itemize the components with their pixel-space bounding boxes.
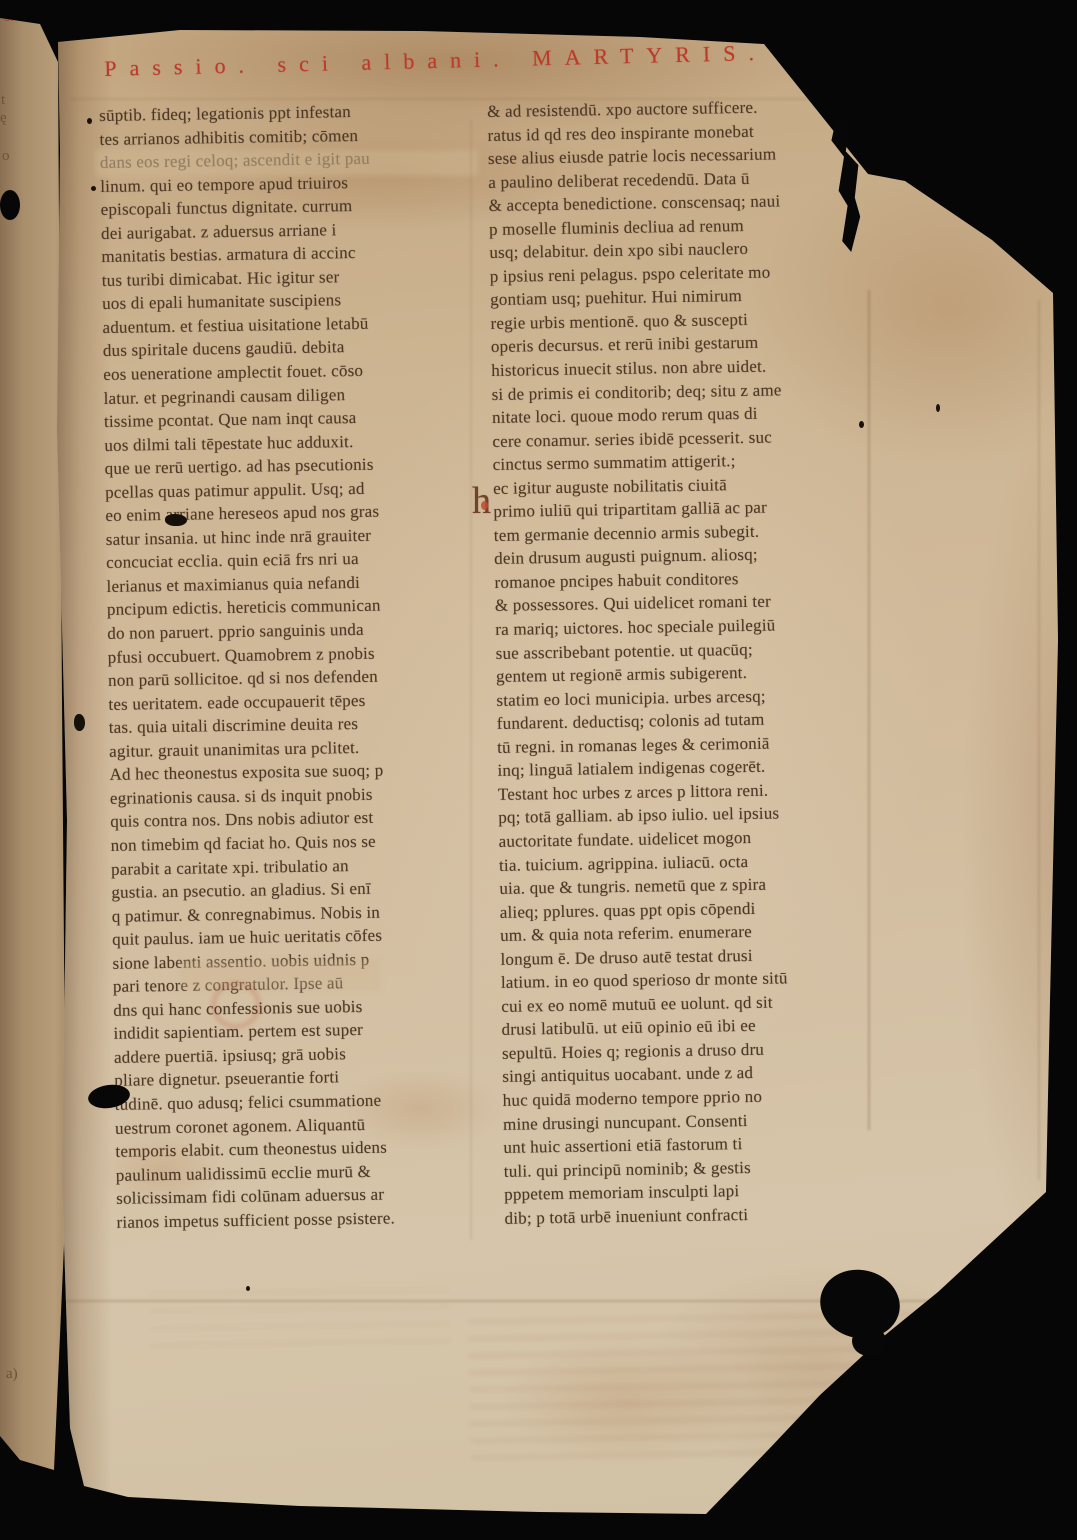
text-column-right: & ad resistendū. xpo auctore sufficere.r… [487,94,885,1230]
gutter-fragment: t [1,92,5,109]
ink-blot [165,514,187,526]
edge-crease [1038,300,1040,1180]
text-line: rianos impetus sufficient posse psistere… [116,1205,491,1234]
initial-red-dot [481,501,488,510]
header-ruling [70,98,830,100]
gutter-fragment: o [2,148,10,165]
rubric-title: Passio. sci albani. MARTYRIS. [104,37,864,82]
gutter-fragment-red: s. [4,8,14,26]
margin-ruling-crease [868,290,870,1130]
gutter-fragment: ę [0,110,7,127]
verso-bleedthrough [469,1310,1031,1460]
red-erased-mark [212,982,260,1028]
manuscript-page: Passio. sci albani. MARTYRIS. sūptib. fi… [0,0,1077,1540]
margin-mark [74,714,85,731]
speck [936,404,940,412]
hole-bottom-right-lobe [852,1326,886,1356]
gutter-fragment: a) [6,1366,18,1383]
speck [91,186,96,191]
verso-bleedthrough [150,1287,451,1347]
faded-patch [180,960,380,990]
text-line: dib; p totā urbē inueniunt confracti [504,1201,884,1231]
speck [859,421,864,428]
text-column-left: sūptib. fideq; legationis ppt infestante… [99,98,492,1234]
speck [246,1286,250,1291]
erased-line-smudge [96,150,478,176]
speck [87,118,92,124]
gutter-hole [0,190,20,220]
intercolumn-ruling [470,120,472,1240]
photograph-background: s. t ę o a) Passio. sci albani. MARTYRIS… [0,0,1077,1540]
